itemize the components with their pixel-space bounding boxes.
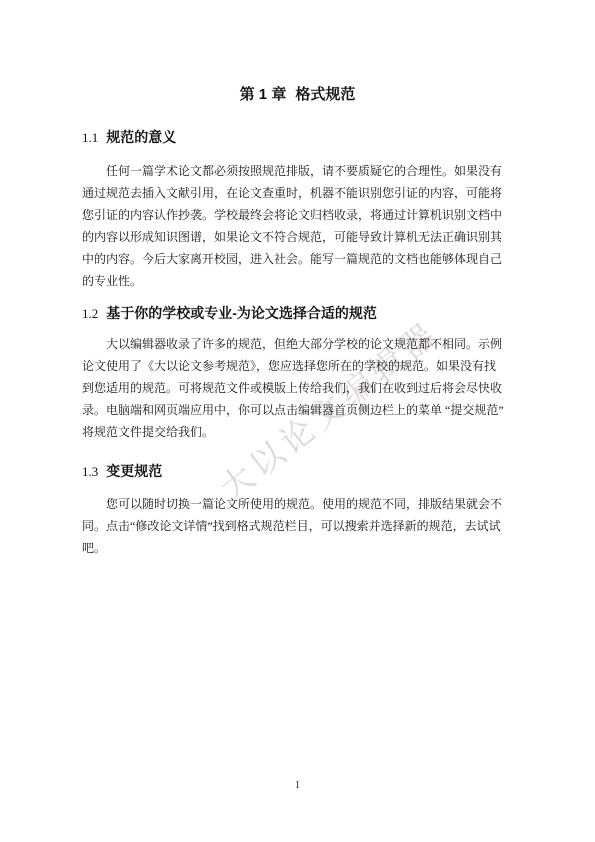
chapter-title: 第 1 章格式规范 bbox=[0, 85, 595, 105]
section-heading-1-2: 1.2基于你的学校或专业-为论文选择合适的规范 bbox=[82, 303, 542, 324]
section-heading-1-1: 1.1规范的意义 bbox=[82, 127, 542, 148]
section-title: 规范的意义 bbox=[106, 129, 176, 145]
section-paragraph-1-3: 您可以随时切换一篇论文所使用的规范。使用的规范不同，排版结果就会不 同。点击“修… bbox=[82, 493, 518, 559]
section-title: 基于你的学校或专业-为论文选择合适的规范 bbox=[106, 305, 377, 321]
chapter-label: 第 1 章 bbox=[240, 86, 287, 103]
section-number: 1.2 bbox=[82, 306, 98, 321]
chapter-name: 格式规范 bbox=[295, 86, 355, 103]
document-page: 大以论文编辑器 第 1 章格式规范 1.1规范的意义 任何一篇学术论文都必须按照… bbox=[0, 0, 595, 842]
section-number: 1.3 bbox=[82, 464, 98, 479]
section-title: 变更规范 bbox=[106, 463, 162, 479]
section-number: 1.1 bbox=[82, 130, 98, 145]
section-heading-1-3: 1.3变更规范 bbox=[82, 461, 542, 482]
section-paragraph-1-1: 任何一篇学术论文都必须按照规范排版，请不要质疑它的合理性。如果没有 通过规范去插… bbox=[82, 160, 518, 292]
page-number: 1 bbox=[0, 779, 595, 793]
section-paragraph-1-2: 大以编辑器收录了许多的规范，但绝大部分学校的论文规范都不相同。示例 论文使用了《… bbox=[82, 333, 518, 443]
